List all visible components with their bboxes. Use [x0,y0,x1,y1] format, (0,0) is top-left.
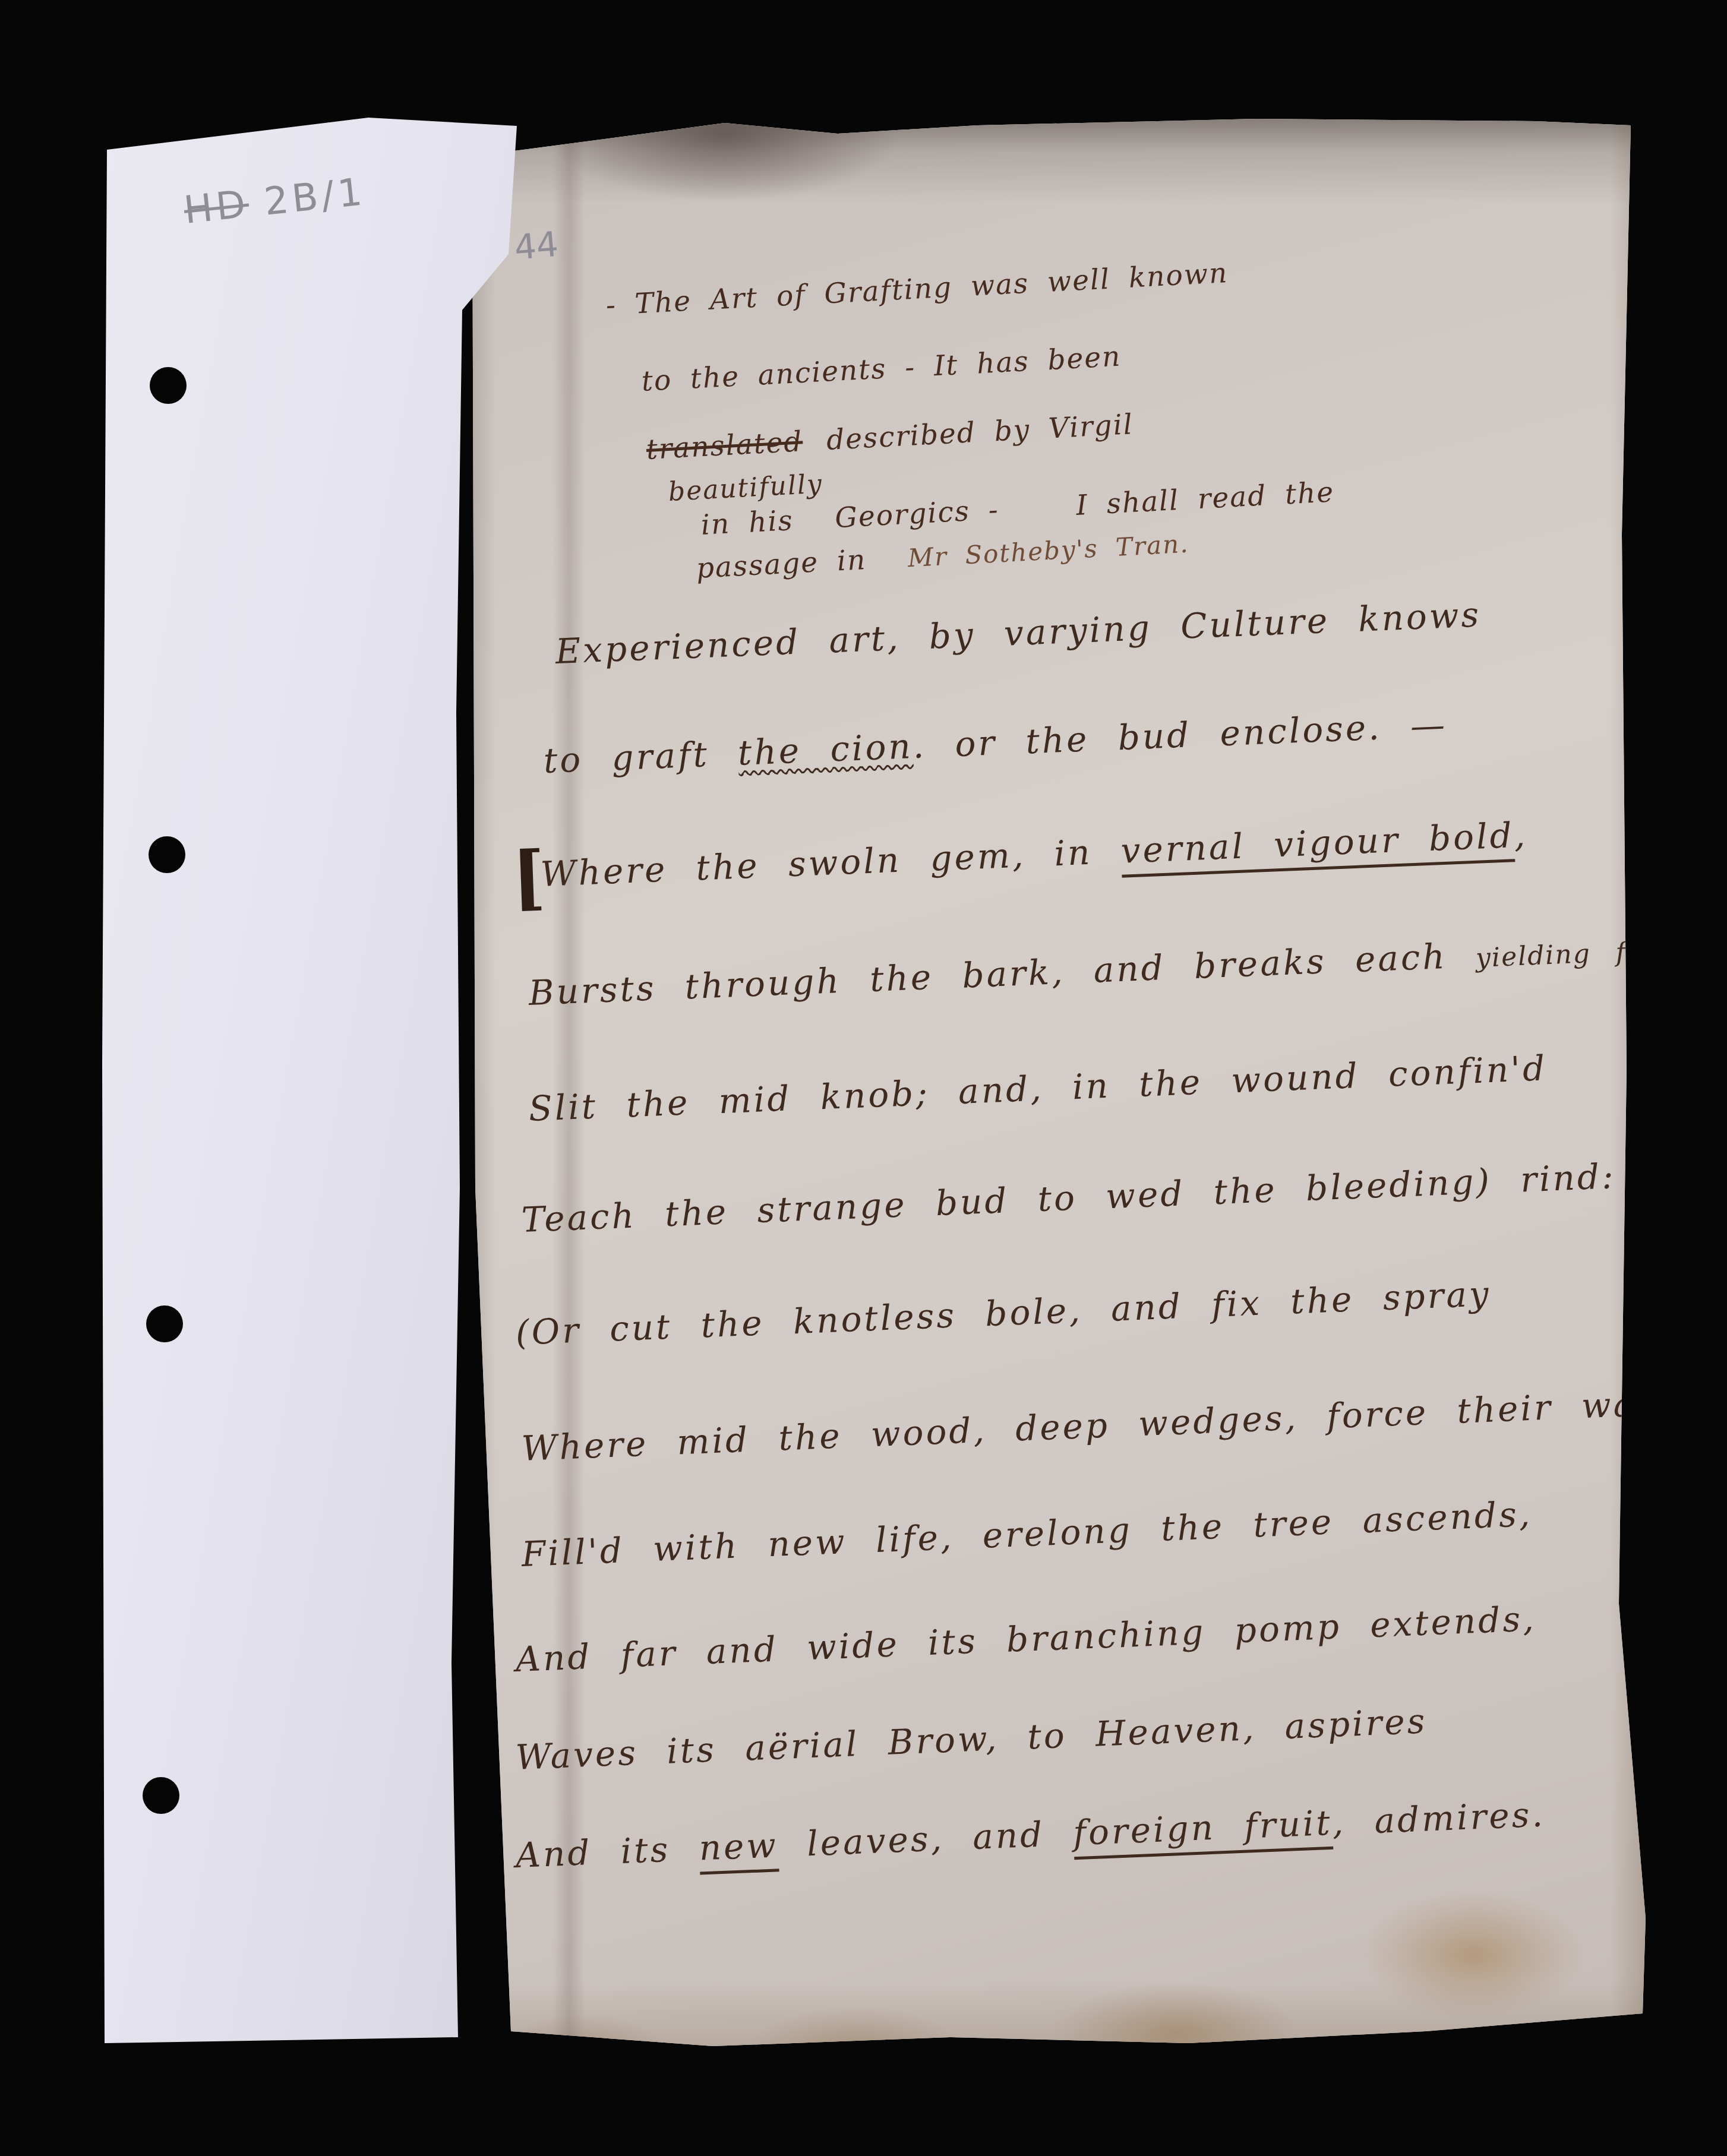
manuscript-page: 44 - The Art of Grafting was well known … [463,116,1652,2052]
note-line-3: translateddescribed by Virgil [646,408,1134,466]
poem-line-1: Experienced art, by varying Culture know… [555,594,1482,672]
poem-line-12: And its new leaves, and foreign fruit, a… [515,1794,1546,1876]
inserted-words: yielding fold, [1475,935,1681,973]
archival-reference-struck: HD [182,182,251,233]
poem-line-2: to graft the cion. or the bud enclose. — [543,704,1448,781]
struck-word: translated [646,425,804,466]
punch-hole [150,367,187,404]
poem-line-10: And far and wide its branching pomp exte… [515,1598,1537,1680]
underlined-phrase: foreign fruit [1072,1803,1333,1853]
poem-line-6: Teach the strange bud to wed the bleedin… [521,1156,1617,1240]
poem-line-8: Where mid the wood, deep wedges, force t… [521,1383,1668,1469]
poem-line-3: Where the swoln gem, in vernal vigour bo… [540,814,1529,894]
poem-line-7: (Or cut the knotless bole, and fix the s… [515,1273,1492,1353]
archival-reference-number: 2B/1 [262,170,368,224]
punch-hole [146,1305,183,1342]
note-insert-word: beautifully [668,469,823,507]
poem-line-5: Slit the mid knob; and, in the wound con… [528,1048,1548,1129]
folio-number: 44 [513,224,560,268]
punch-hole [143,1777,179,1814]
note-line-2: to the ancients - It has been [641,340,1122,398]
underlined-phrase: vernal vigour bold [1120,815,1515,871]
archival-slip: HD 2B/1 [101,113,524,2049]
note-line-1: - The Art of Grafting was well known [605,257,1229,322]
manuscript-photo: HD 2B/1 44 - The Art of Grafting was wel… [0,0,1727,2156]
poem-line-9: Fill'd with new life, erelong the tree a… [521,1494,1533,1575]
archival-reference: HD 2B/1 [182,170,368,233]
underlined-phrase: the cion [737,726,914,773]
underlined-word: new [698,1825,779,1868]
punch-hole [149,836,185,873]
poem-line-11: Waves its aërial Brow, to Heaven, aspire… [515,1700,1428,1778]
poem-line-4: Bursts through the bark, and breaks each… [528,927,1681,1013]
